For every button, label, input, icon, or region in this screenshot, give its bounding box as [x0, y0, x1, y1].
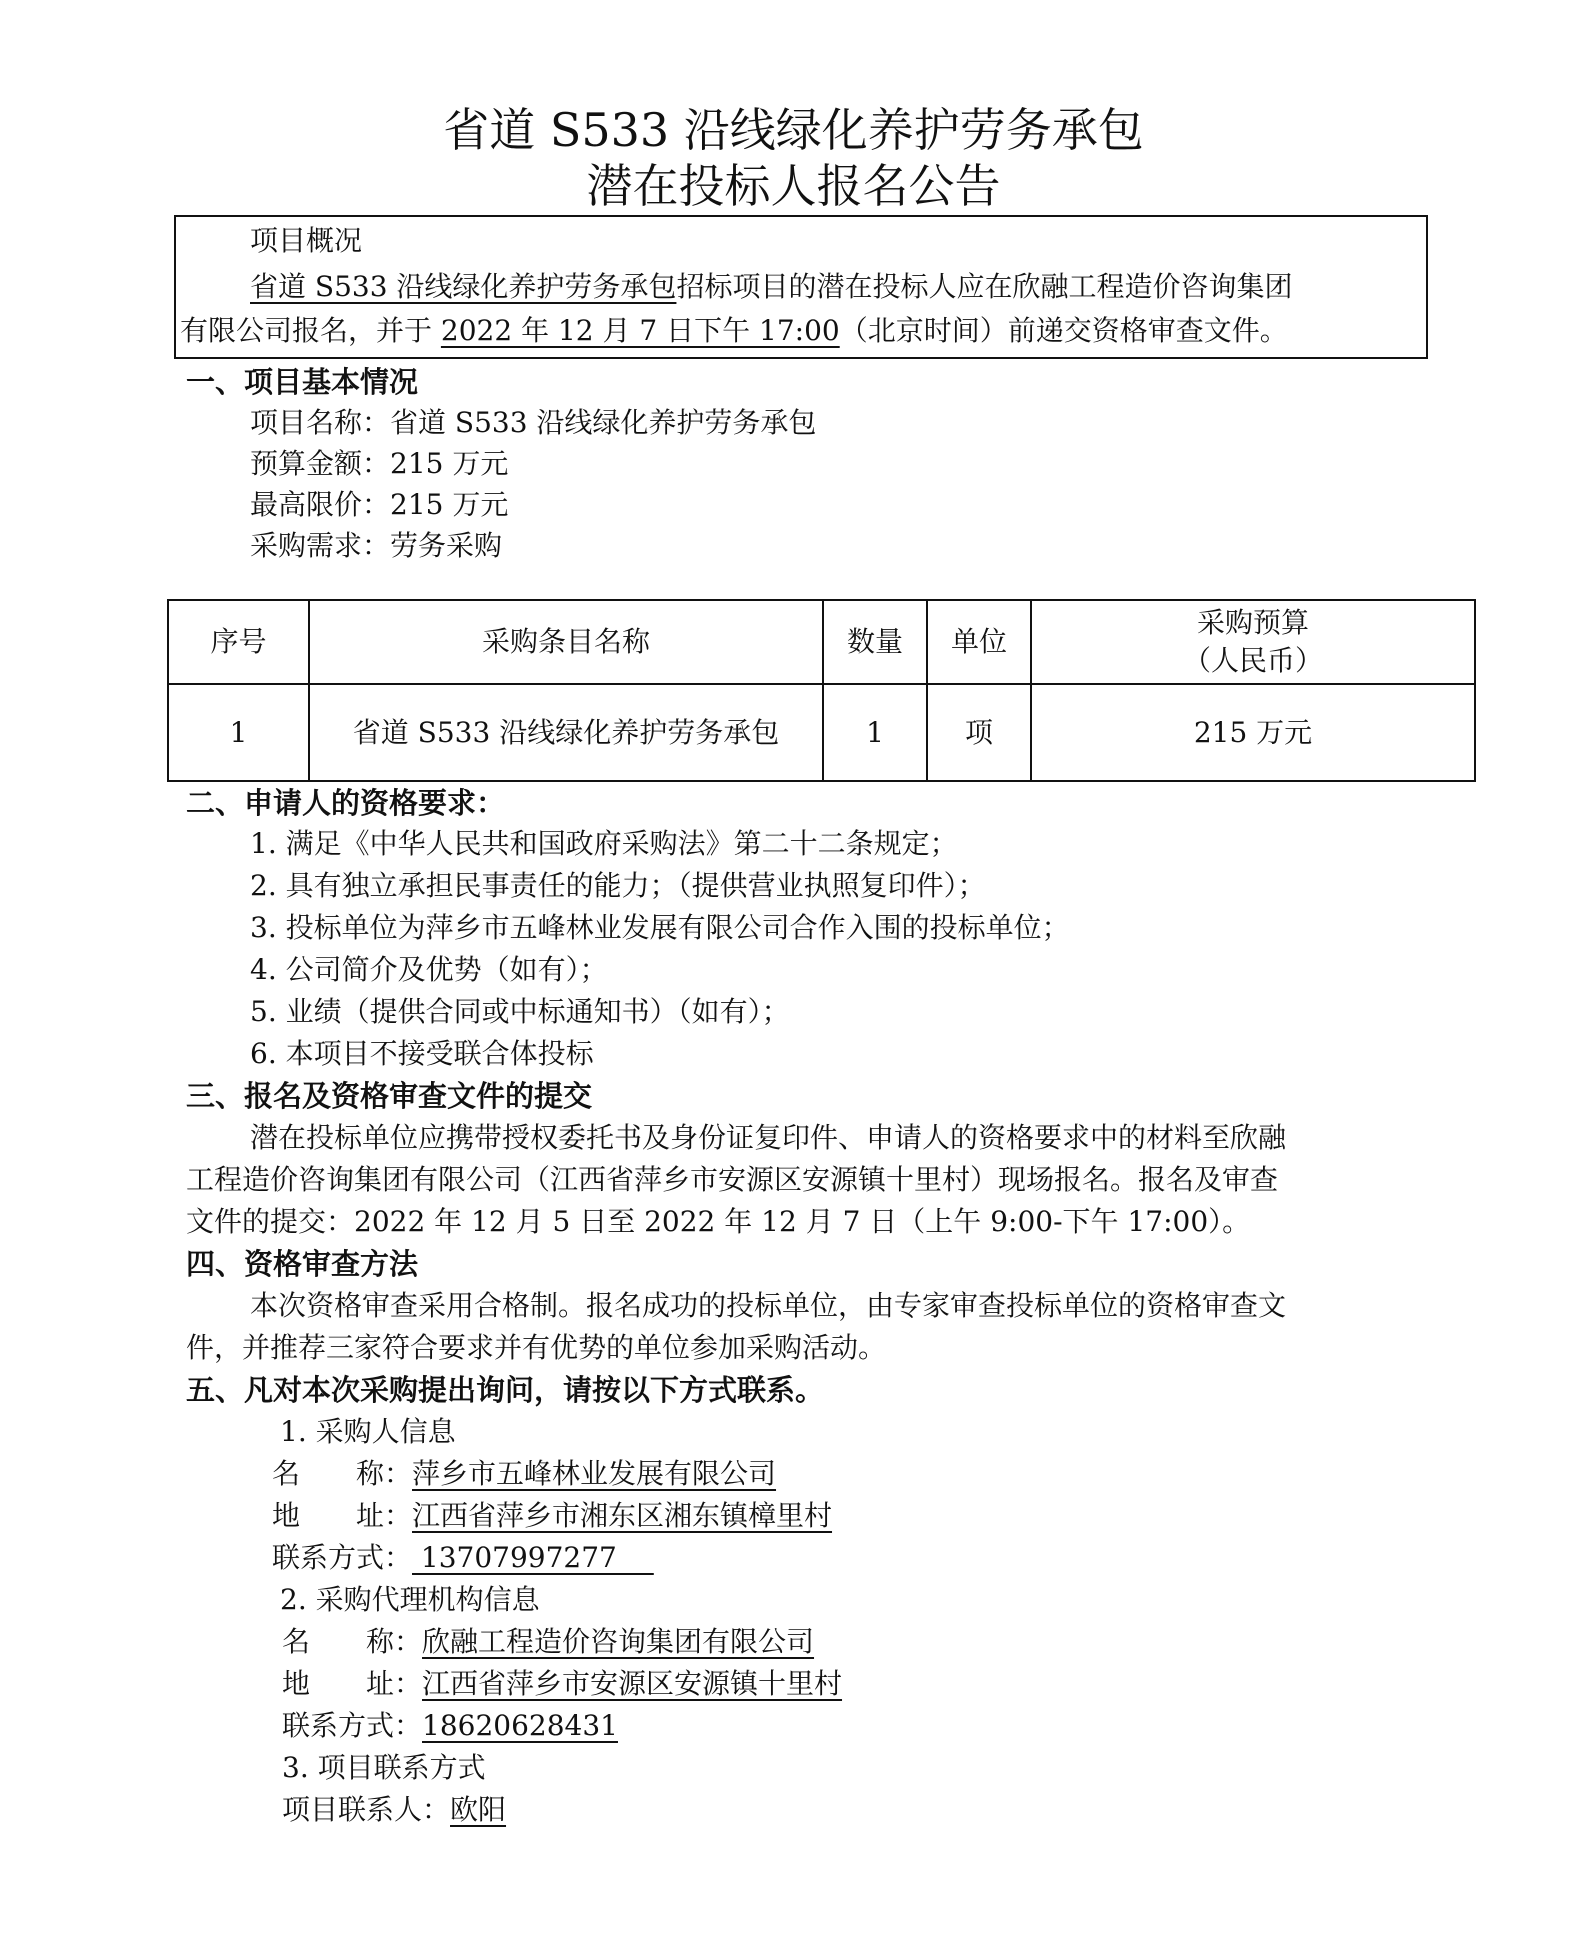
agency-name: 欣融工程造价咨询集团有限公司 — [422, 1625, 814, 1658]
project-contact-line: 项目联系人：欧阳 — [282, 1790, 506, 1830]
max-price-line: 最高限价：215 万元 — [250, 485, 508, 525]
overview-line2: 有限公司报名，并于 2022 年 12 月 7 日下午 17:00（北京时间）前… — [180, 311, 1288, 351]
agency-address-line: 地 址：江西省萍乡市安源区安源镇十里村 — [282, 1664, 842, 1704]
agency-address-label: 地 址： — [282, 1667, 422, 1700]
deadline-underlined: 2022 年 12 月 7 日下午 17:00 — [441, 314, 840, 347]
purchaser-contact-label: 联系方式： — [272, 1541, 412, 1574]
requirement-line: 采购需求：劳务采购 — [250, 526, 502, 566]
agency-address: 江西省萍乡市安源区安源镇十里村 — [422, 1667, 842, 1700]
section5-heading: 五、凡对本次采购提出询问，请按以下方式联系。 — [186, 1370, 824, 1410]
purchaser-contact-line: 联系方式： 13707997277 — [272, 1538, 654, 1578]
requirement-item-2: 2. 具有独立承担民事责任的能力；（提供营业执照复印件）； — [250, 866, 986, 906]
section4-heading: 四、资格审查方法 — [186, 1244, 418, 1284]
header-budget-line2: （人民币） — [1033, 642, 1473, 680]
header-budget: 采购预算 （人民币） — [1031, 600, 1475, 684]
section4-line1: 本次资格审查采用合格制。报名成功的投标单位，由专家审查投标单位的资格审查文 — [250, 1286, 1286, 1326]
requirement-item-4: 4. 公司简介及优势（如有）； — [250, 950, 608, 990]
section3-line2: 工程造价咨询集团有限公司（江西省萍乡市安源区安源镇十里村）现场报名。报名及审查 — [186, 1160, 1278, 1200]
overview-line2-rest: （北京时间）前递交资格审查文件。 — [840, 314, 1288, 347]
requirement-item-5: 5. 业绩（提供合同或中标通知书）（如有）； — [250, 992, 790, 1032]
header-item-name: 采购条目名称 — [309, 600, 823, 684]
agency-phone: 18620628431 — [422, 1709, 618, 1742]
table-row: 1 省道 S533 沿线绿化养护劳务承包 1 项 215 万元 — [168, 684, 1475, 781]
overview-line2-prefix: 有限公司报名，并于 — [180, 314, 441, 347]
section1-heading: 一、项目基本情况 — [186, 362, 418, 402]
agency-name-label: 名 称： — [282, 1625, 422, 1658]
cell-quantity: 1 — [823, 684, 927, 781]
section3-line1: 潜在投标单位应携带授权委托书及身份证复印件、申请人的资格要求中的材料至欣融 — [250, 1118, 1286, 1158]
project-name-line: 项目名称：省道 S533 沿线绿化养护劳务承包 — [250, 403, 816, 443]
header-no: 序号 — [168, 600, 309, 684]
section3-line3: 文件的提交：2022 年 12 月 5 日至 2022 年 12 月 7 日（上… — [186, 1202, 1250, 1242]
purchaser-address-label: 地 址： — [272, 1499, 412, 1532]
section2-heading: 二、申请人的资格要求： — [186, 783, 505, 823]
agency-contact-label: 联系方式： — [282, 1709, 422, 1742]
budget-line: 预算金额：215 万元 — [250, 444, 508, 484]
table-header-row: 序号 采购条目名称 数量 单位 采购预算 （人民币） — [168, 600, 1475, 684]
project-contact-heading: 3. 项目联系方式 — [282, 1748, 486, 1788]
header-unit: 单位 — [927, 600, 1031, 684]
purchaser-name-label: 名 称： — [272, 1457, 412, 1490]
requirement-item-3: 3. 投标单位为萍乡市五峰林业发展有限公司合作入围的投标单位； — [250, 908, 1070, 948]
purchaser-phone: 13707997277 — [412, 1541, 654, 1574]
overview-line1: 省道 S533 沿线绿化养护劳务承包招标项目的潜在投标人应在欣融工程造价咨询集团 — [250, 267, 1292, 307]
overview-line1-rest: 招标项目的潜在投标人应在欣融工程造价咨询集团 — [676, 270, 1292, 303]
purchaser-name-line: 名 称：萍乡市五峰林业发展有限公司 — [272, 1454, 776, 1494]
purchaser-address: 江西省萍乡市湘东区湘东镇樟里村 — [412, 1499, 832, 1532]
cell-item-name: 省道 S533 沿线绿化养护劳务承包 — [309, 684, 823, 781]
overview-heading: 项目概况 — [250, 221, 362, 261]
purchaser-name: 萍乡市五峰林业发展有限公司 — [412, 1457, 776, 1490]
project-contact-person: 欧阳 — [450, 1793, 506, 1826]
project-contact-label: 项目联系人： — [282, 1793, 450, 1826]
document-title-line2: 潜在投标人报名公告 — [0, 158, 1587, 214]
header-budget-line1: 采购预算 — [1033, 604, 1473, 642]
project-name-underlined: 省道 S533 沿线绿化养护劳务承包 — [250, 270, 676, 303]
purchaser-heading: 1. 采购人信息 — [280, 1412, 456, 1452]
purchaser-address-line: 地 址：江西省萍乡市湘东区湘东镇樟里村 — [272, 1496, 832, 1536]
requirement-item-1: 1. 满足《中华人民共和国政府采购法》第二十二条规定； — [250, 824, 958, 864]
agency-heading: 2. 采购代理机构信息 — [280, 1580, 540, 1620]
cell-unit: 项 — [927, 684, 1031, 781]
agency-name-line: 名 称：欣融工程造价咨询集团有限公司 — [282, 1622, 814, 1662]
procurement-table: 序号 采购条目名称 数量 单位 采购预算 （人民币） 1 省道 S533 沿线绿… — [167, 599, 1476, 782]
agency-contact-line: 联系方式：18620628431 — [282, 1706, 618, 1746]
document-title-line1: 省道 S533 沿线绿化养护劳务承包 — [0, 102, 1587, 158]
section3-heading: 三、报名及资格审查文件的提交 — [186, 1076, 592, 1116]
cell-no: 1 — [168, 684, 309, 781]
cell-budget: 215 万元 — [1031, 684, 1475, 781]
requirement-item-6: 6. 本项目不接受联合体投标 — [250, 1034, 594, 1074]
header-quantity: 数量 — [823, 600, 927, 684]
section4-line2: 件，并推荐三家符合要求并有优势的单位参加采购活动。 — [186, 1328, 886, 1368]
